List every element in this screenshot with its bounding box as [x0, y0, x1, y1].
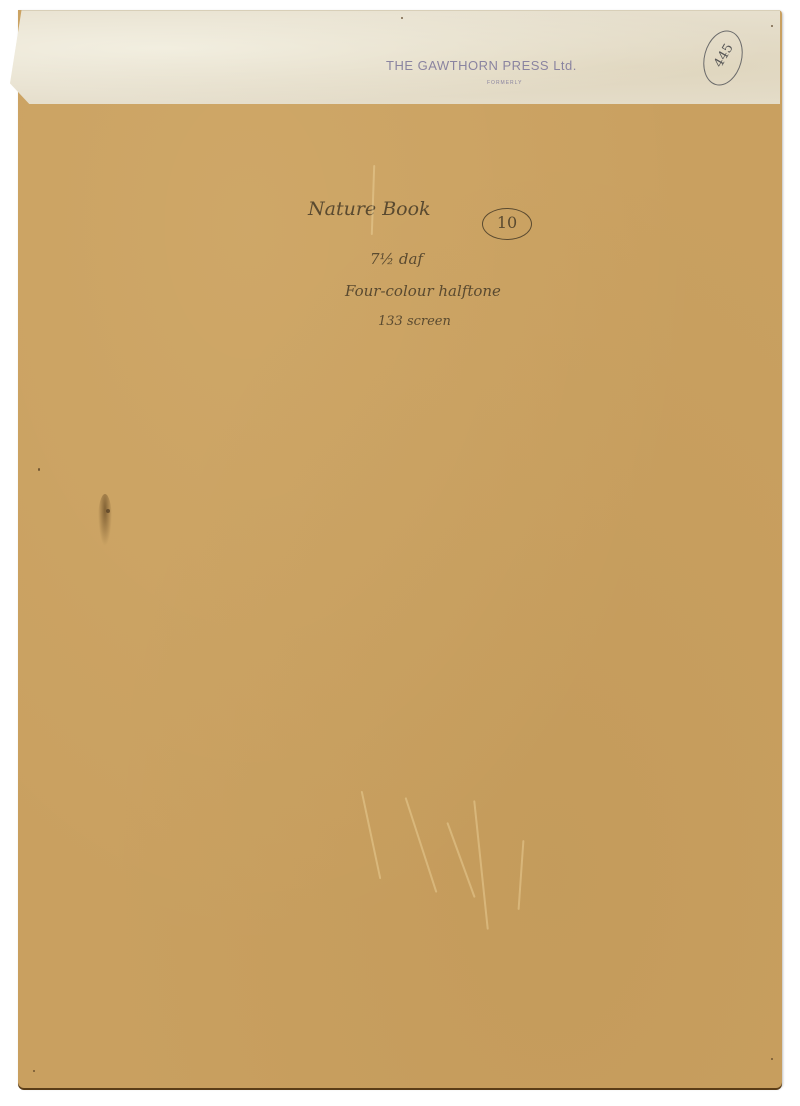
note-size: 7½ daf: [370, 250, 423, 268]
note-screen: 133 screen: [378, 314, 451, 329]
page: THE GAWTHORN PRESS Ltd. FORMERLY 445 Nat…: [0, 0, 800, 1106]
mount-board: [18, 10, 782, 1088]
printer-stamp: THE GAWTHORN PRESS Ltd.: [386, 58, 577, 73]
speck: [33, 1070, 35, 1072]
speck: [771, 1058, 773, 1060]
printer-stamp-subtext: FORMERLY: [487, 80, 522, 86]
note-title: Nature Book: [308, 198, 431, 220]
item-number-text: 10: [483, 213, 531, 232]
paper-label-strip: [10, 10, 780, 104]
speck: [106, 509, 110, 513]
speck: [401, 17, 403, 19]
note-process: Four-colour halftone: [345, 282, 501, 300]
circled-item-number: 10: [482, 208, 532, 240]
speck: [771, 25, 773, 27]
stain-mark: [98, 494, 112, 546]
reference-number-text: 445: [711, 41, 736, 70]
speck: [38, 468, 40, 471]
